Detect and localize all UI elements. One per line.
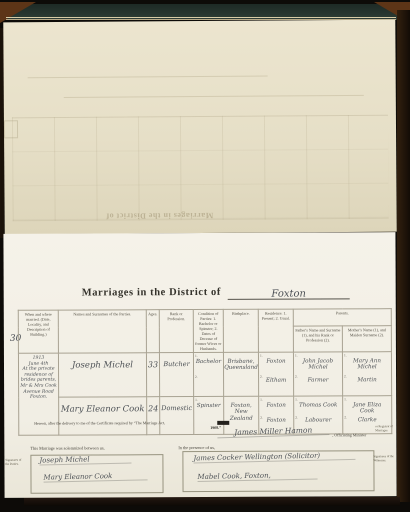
- groom-residence-cell: 1. 2. Foxton Eltham: [258, 352, 293, 396]
- bride-mother-name: Jane Eliza Cook: [343, 402, 391, 415]
- groom-name: Joseph Michel: [59, 353, 146, 370]
- witnesses-signature-box: James Cocker Wellington (Solicitor) Mabe…: [182, 450, 374, 492]
- certification-text: Hereon, after the delivery to me of the …: [34, 420, 165, 426]
- district-underline: Foxton: [228, 283, 350, 300]
- groom-residence-usual: Eltham: [259, 378, 293, 385]
- parties-signature-box: Joseph Michel Mary Eleanor Cook: [30, 454, 163, 494]
- bride-name: Mary Eleanor Cook: [59, 397, 146, 414]
- groom-name-cell: Joseph Michel: [58, 353, 146, 397]
- groom-condition-cell: 1. 2. Bachelor: [193, 352, 223, 396]
- col-header-mother: Mother's Name (1), and Maiden Surname (2…: [342, 326, 391, 352]
- marker-one: 1.: [195, 354, 198, 358]
- groom-father-name: John Jacob Michel: [294, 358, 342, 371]
- groom-mother-maiden: Martin: [343, 377, 391, 384]
- left-margin-note: Signatures of the Parties.: [5, 458, 25, 466]
- table-row-bride: Mary Eleanor Cook 24 Domestic 1. Spinste…: [19, 396, 392, 436]
- groom-age: 33: [147, 353, 159, 369]
- col-header-parents: Parents.: [293, 309, 391, 327]
- bride-age: 24: [147, 397, 159, 413]
- officiating-minister-signature: James Miller Hamon: [217, 425, 329, 438]
- groom-birthplace-cell: Brisbane, Queensland: [223, 352, 258, 396]
- page-edge-line: [6, 17, 396, 18]
- groom-age-cell: 33: [146, 353, 159, 397]
- officiating-minister-label: , Officiating Minister: [332, 432, 366, 437]
- groom-birthplace: Brisbane, Queensland: [224, 359, 258, 372]
- marker-one: 1.: [344, 397, 347, 401]
- marker-one: 1.: [295, 398, 298, 402]
- marker-one: 1.: [260, 354, 263, 358]
- register-table: When and where married. (Date, Locality,…: [18, 308, 393, 436]
- showthrough-title: Marriages in the District of: [75, 211, 245, 221]
- groom-mother-name: Mary Ann Michel: [343, 358, 391, 371]
- presence-label: In the presence of us,: [178, 445, 215, 450]
- col-header-rank: Rank or Profession.: [159, 310, 193, 353]
- groom-residence-present: Foxton: [259, 359, 293, 366]
- bride-condition: Spinster: [194, 403, 223, 410]
- marker-one: 1.: [195, 398, 198, 402]
- bride-age-cell: 24: [147, 397, 160, 435]
- page-title: Marriages in the District of: [82, 287, 221, 299]
- showthrough-table-grid: [12, 115, 389, 222]
- groom-father-rank: Farmer: [294, 377, 342, 384]
- table-row-groom: 1913 June 4th At the private residence o…: [18, 352, 391, 398]
- col-header-father: Father's Name and Surname (1), and his R…: [293, 326, 342, 352]
- bride-name-cell: Mary Eleanor Cook: [59, 397, 147, 435]
- marker-two: 2.: [195, 375, 198, 379]
- witness-signature-1: James Cocker Wellington (Solicitor): [193, 451, 355, 464]
- col-header-age: Ages.: [146, 310, 159, 353]
- groom-condition: Bachelor: [194, 359, 223, 366]
- showthrough-box: [4, 120, 18, 138]
- col-header-names: Names and Surnames of the Parties.: [58, 310, 146, 353]
- bride-signature: Mary Eleanor Cook: [43, 471, 147, 482]
- groom-rank-cell: Butcher: [159, 353, 193, 397]
- bride-residence-usual: Foxton: [259, 418, 293, 425]
- minister-margin-note: or Registrar of Marriages.: [375, 425, 397, 433]
- col-header-residence: Residence: 1. Present; 2. Usual.: [258, 309, 293, 352]
- col-header-birthplace: Birthplace.: [223, 309, 258, 352]
- groom-mother-cell: 1. 2. Mary Ann Michel Martin: [342, 352, 391, 396]
- groom-father-cell: 1. 2. John Jacob Michel Farmer: [293, 352, 342, 396]
- marriage-register-page: Marriages in the District of Foxton 30 W…: [3, 232, 396, 498]
- marker-one: 1.: [344, 353, 347, 357]
- col-header-condition: Condition of Parties: 1. Bachelor or Spi…: [193, 309, 223, 352]
- right-margin-note: Signatures of the Witnesses.: [373, 454, 397, 462]
- district-name: Foxton: [271, 289, 306, 300]
- marker-one: 1.: [295, 354, 298, 358]
- book-cover-right-edge: [397, 10, 410, 502]
- groom-rank: Butcher: [160, 353, 193, 368]
- showthrough-line: [64, 95, 364, 98]
- marker-one: 1.: [260, 398, 263, 402]
- bride-residence-present: Foxton: [259, 403, 293, 410]
- solemnized-label: This Marriage was solemnized between us,: [30, 445, 104, 450]
- col-header-when-where: When and where married. (Date, Locality,…: [18, 310, 58, 353]
- groom-signature: Joseph Michel: [39, 454, 131, 465]
- bride-rank: Domestic: [160, 397, 193, 412]
- previous-page-back: Marriages in the District of: [3, 20, 396, 235]
- bride-birthplace: Foxton, New Zealand: [224, 403, 258, 422]
- showthrough-line: [28, 76, 268, 79]
- bride-father-rank: Labourer: [294, 418, 342, 425]
- bride-father-name: Thomas Cook: [294, 402, 342, 409]
- witness-signature-2: Mabel Cook, Foxton,: [197, 470, 317, 482]
- bride-rank-cell: Domestic: [160, 397, 194, 435]
- register-book-photo: Marriages in the District of Marriages i…: [0, 0, 410, 512]
- book-cover-bottom-edge: [24, 497, 400, 506]
